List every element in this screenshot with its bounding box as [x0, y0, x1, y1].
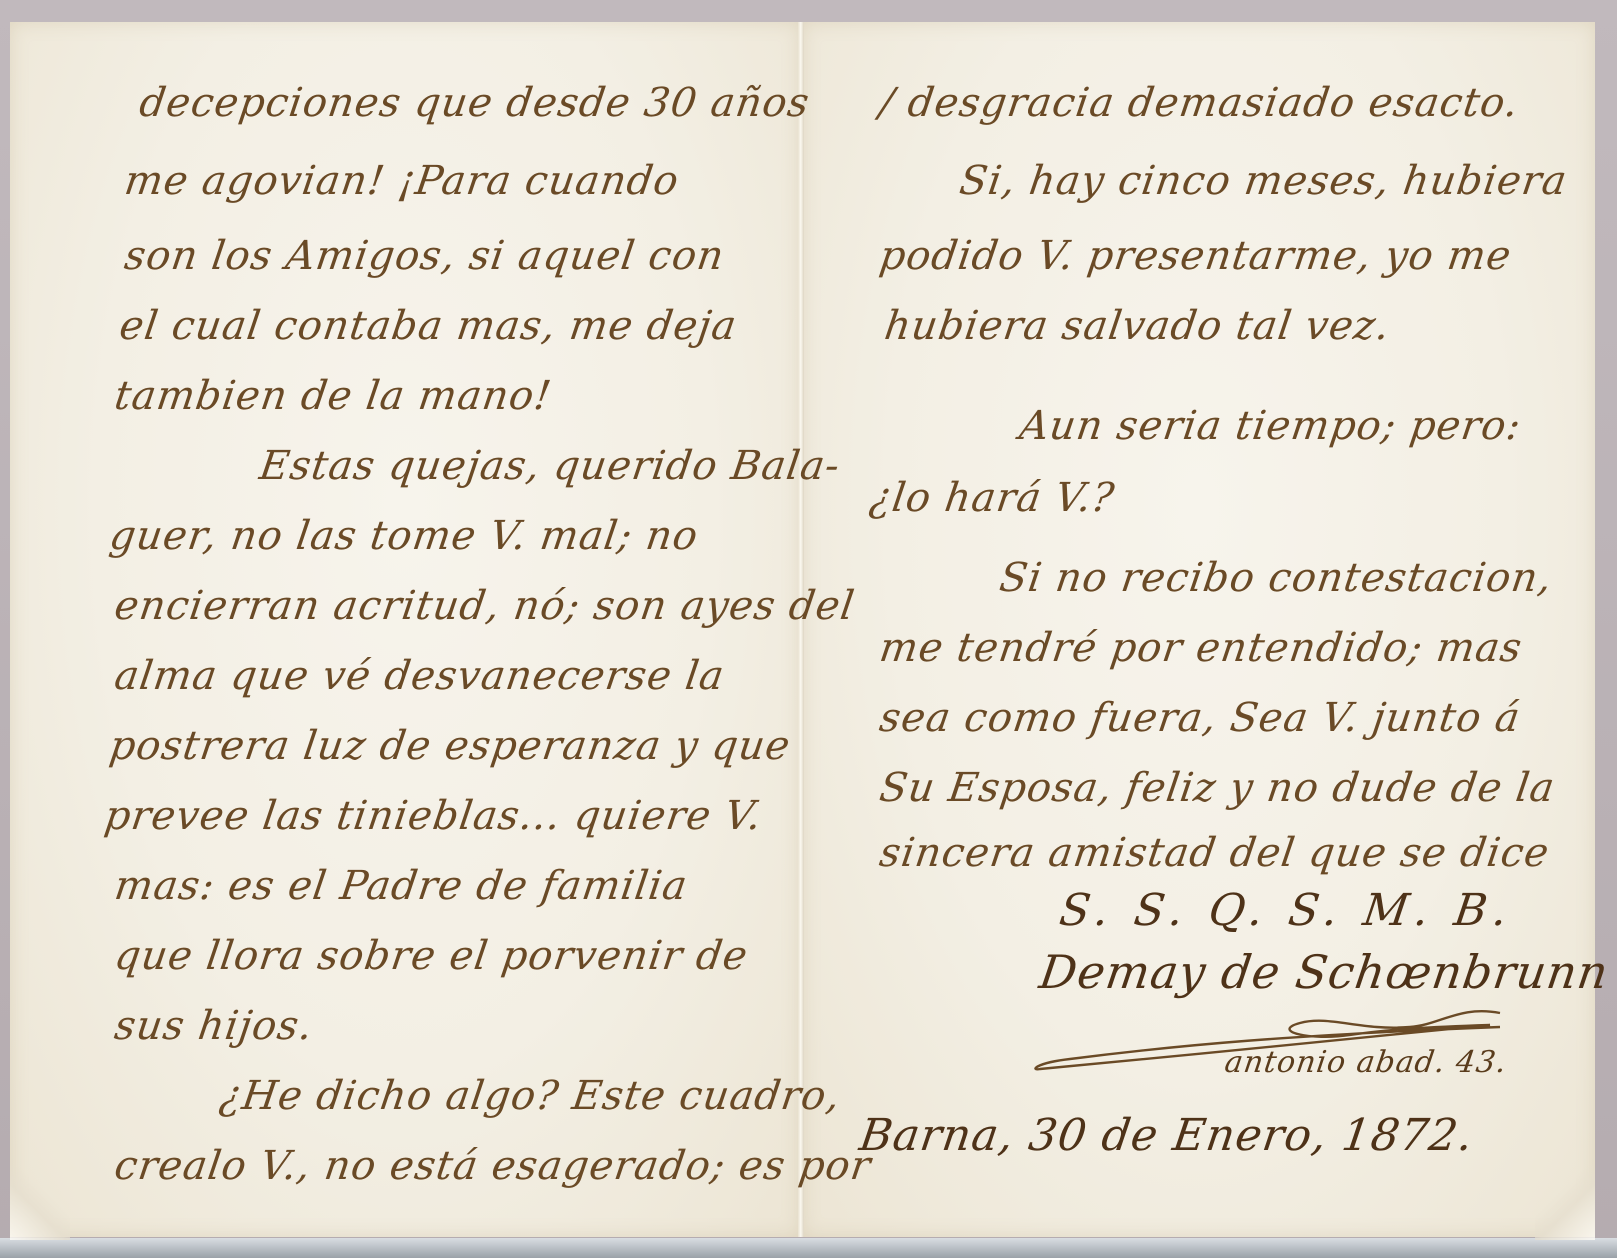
letter-line: me agovian! ¡Para cuando: [122, 158, 682, 204]
letter-line: alma que vé desvanecerse la: [112, 653, 728, 699]
letter-line: que llora sobre el porvenir de: [112, 933, 751, 979]
letter-line: tambien de la mano!: [112, 373, 555, 419]
letter-line: / desgracia demasiado esacto.: [877, 80, 1522, 126]
page-corner-curl-right: [1535, 1160, 1595, 1240]
letter-line: hubiera salvado tal vez.: [882, 303, 1393, 349]
letter-line: Estas quejas, querido Bala-: [257, 443, 843, 489]
letter-line: Aun seria tiempo; pero:: [1017, 403, 1525, 449]
page-corner-curl-left: [10, 1160, 70, 1240]
letter-line: postrera luz de esperanza y que: [107, 723, 794, 769]
letter-line: decepciones que desde 30 años: [137, 80, 813, 126]
letter-line: prevee las tinieblas... quiere V.: [102, 793, 765, 839]
letter-line: sus hijos.: [112, 1003, 316, 1049]
sender-address: antonio abad. 43.: [1223, 1045, 1510, 1080]
letter-line: sincera amistad del que se dice: [877, 830, 1553, 876]
center-fold: [798, 22, 804, 1237]
place-and-date: Barna, 30 de Enero, 1872.: [856, 1110, 1476, 1161]
letter-line: me tendré por entendido; mas: [877, 625, 1525, 671]
letter-line: guer, no las tome V. mal; no: [107, 513, 702, 559]
closing-initials: S. S. Q. S. M. B.: [1056, 885, 1516, 936]
letter-line: ¿lo hará V.?: [867, 475, 1118, 521]
letter-line: son los Amigos, si aquel con: [122, 233, 728, 279]
letter-line: Su Esposa, feliz y no dude de la: [877, 765, 1558, 811]
signature: Demay de Schœnbrunn: [1036, 945, 1612, 999]
letter-line: encierran acritud, nó; son ayes del: [112, 583, 858, 629]
letter-line: ¿He dicho algo? Este cuadro,: [217, 1073, 844, 1119]
letter-line: mas: es el Padre de familia: [112, 863, 691, 909]
left-page: [10, 22, 800, 1237]
letter-line: podido V. presentarme, yo me: [877, 233, 1515, 279]
letter-line: el cual contaba mas, me deja: [117, 303, 740, 349]
letter-line: Si no recibo contestacion,: [997, 555, 1556, 601]
scanner-edge: [0, 1238, 1617, 1258]
letter-line: sea como fuera, Sea V. junto á: [877, 695, 1524, 741]
letter-line: Si, hay cinco meses, hubiera: [957, 158, 1570, 204]
letter-line: crealo V., no está esagerado; es por: [112, 1143, 874, 1189]
